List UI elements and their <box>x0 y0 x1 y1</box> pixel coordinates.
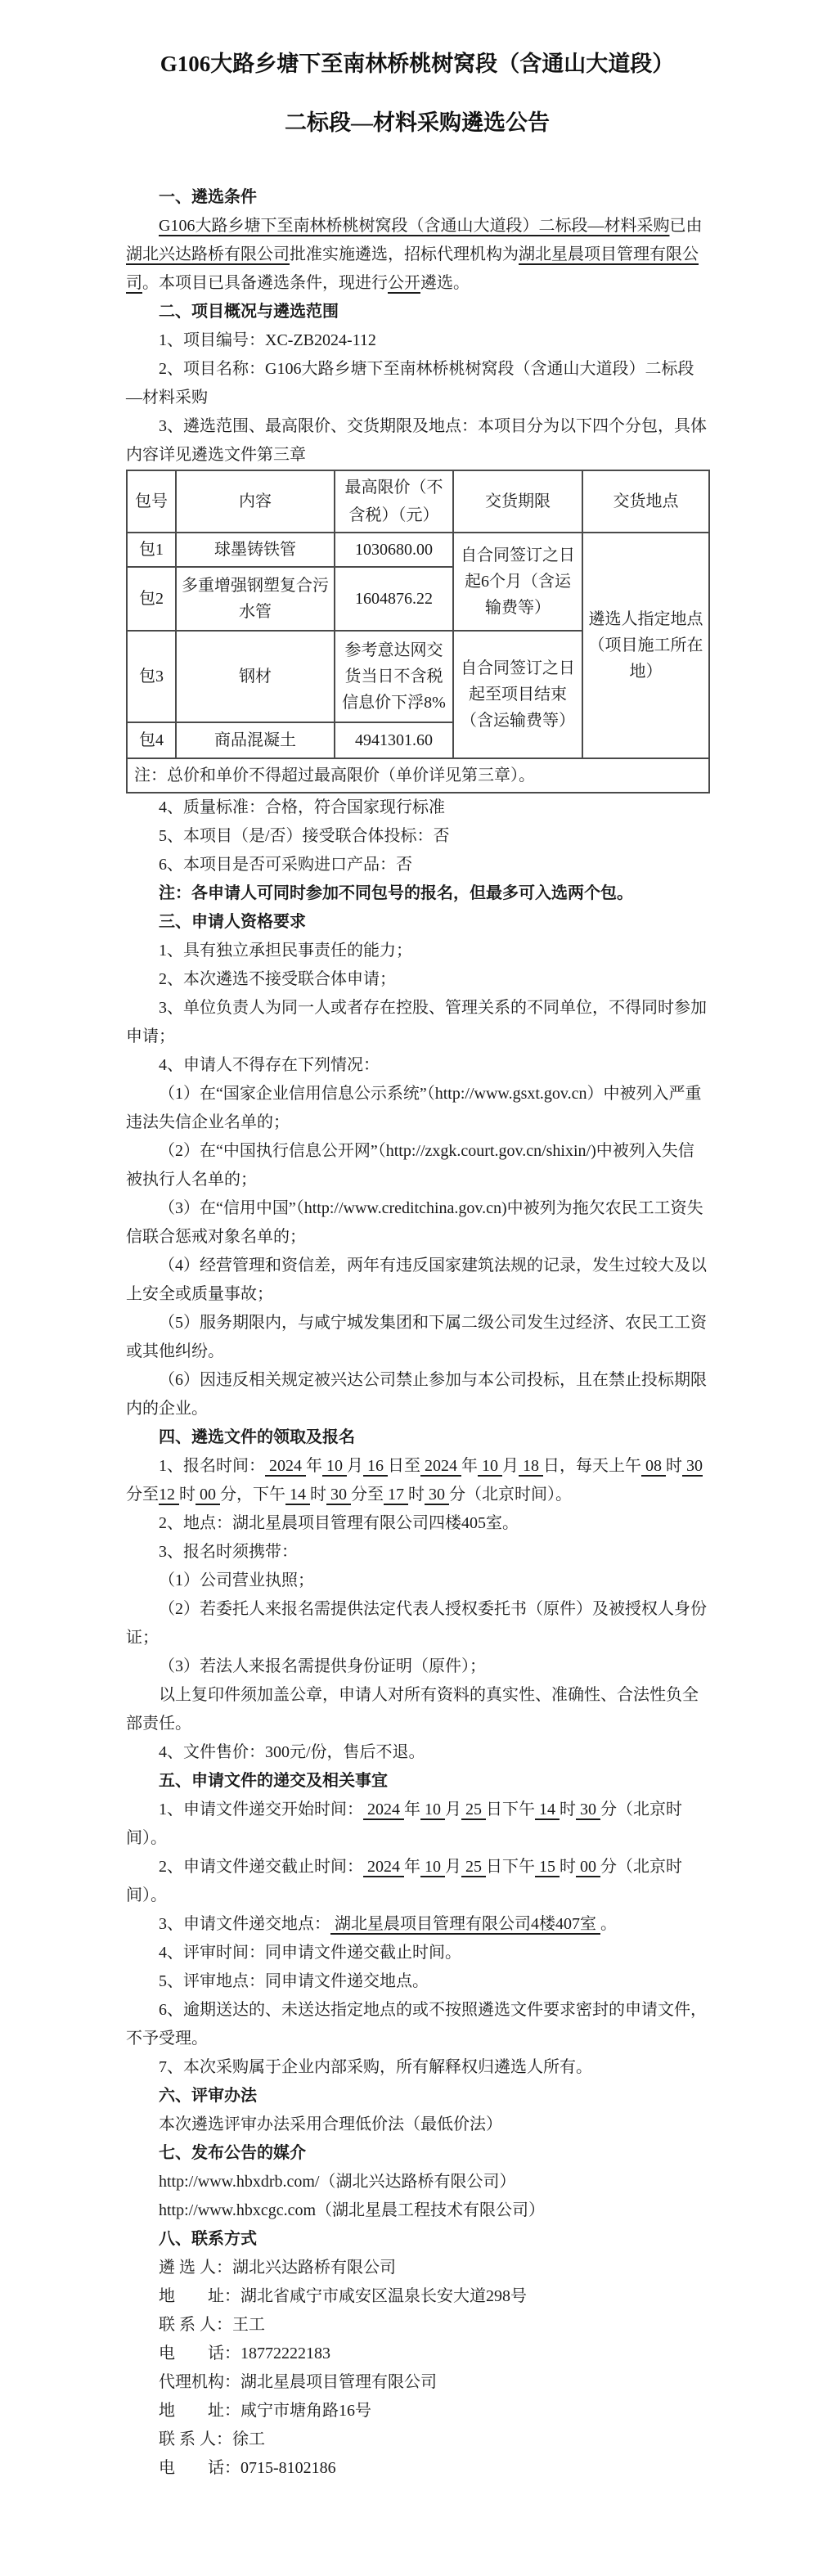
copies-note-line: 以上复印件须加盖公章，申请人对所有资料的真实性、准确性、合法性负全部责任。 <box>126 1681 708 1738</box>
table-note-row: 注：总价和单价不得超过最高限价（单价详见第三章）。 <box>127 758 709 793</box>
underlined-text: 30 <box>576 1801 600 1818</box>
underlined-text: 2024 <box>363 1858 404 1876</box>
underlined-text: 10 <box>478 1457 502 1475</box>
registration-place-line: 2、地点：湖北星晨项目管理有限公司四楼405室。 <box>126 1509 708 1538</box>
underlined-text: 18 <box>519 1457 543 1475</box>
header-package-no: 包号 <box>127 470 176 533</box>
section-1-paragraph: G106大路乡塘下至南林桥桃树窝段（含通山大道段）二标段—材料采购已由湖北兴达路… <box>126 212 708 298</box>
text-run: 日下午 <box>486 1801 535 1818</box>
underlined-text: 公开 <box>388 274 420 292</box>
underlined-text: 12 <box>159 1486 179 1504</box>
text-run: 3、申请文件递交地点： <box>159 1915 330 1933</box>
section-4-heading: 四、遴选文件的领取及报名 <box>126 1423 708 1452</box>
text-run: 时 <box>560 1858 576 1876</box>
underlined-text: 17 <box>384 1486 408 1504</box>
text-run: 年 <box>404 1801 420 1818</box>
text-run: 时 <box>560 1801 576 1818</box>
underlined-text: 25 <box>461 1801 486 1818</box>
cell-content: 球墨铸铁管 <box>176 533 335 567</box>
underlined-text: 25 <box>461 1858 486 1876</box>
cell-content: 商品混凝土 <box>176 722 335 758</box>
underlined-text: 湖北兴达路桥有限公司 <box>126 245 290 263</box>
section-5-heading: 五、申请文件的递交及相关事宜 <box>126 1767 708 1796</box>
qualification-subitem: （3）在“信用中国”（http://www.creditchina.gov.cn… <box>126 1194 708 1252</box>
text-run: 月 <box>445 1801 461 1818</box>
text-run: 时 <box>179 1486 196 1504</box>
text-run: 日下午 <box>486 1858 535 1876</box>
text-run: 时 <box>310 1486 326 1504</box>
section-7-heading: 七、发布公告的媒介 <box>126 2139 708 2168</box>
cell-delivery-place: 遴选人指定地点（项目施工所在地） <box>582 533 709 758</box>
text-run: 1、申请文件递交开始时间： <box>159 1801 363 1818</box>
cell-price: 1604876.22 <box>335 567 453 631</box>
project-name-line: 2、项目名称：G106大路乡塘下至南林桥桃树窝段（含通山大道段）二标段—材料采购 <box>126 355 708 412</box>
scope-line: 3、遴选范围、最高限价、交货期限及地点：本项目分为以下四个分包，具体内容详见遴选… <box>126 412 708 470</box>
document-price-line: 4、文件售价：300元/份，售后不退。 <box>126 1738 708 1767</box>
registration-subitem: （2）若委托人来报名需提供法定代表人授权委托书（原件）及被授权人身份证； <box>126 1595 708 1652</box>
text-run: 已由 <box>669 217 702 235</box>
media-url-line: http://www.hbxdrb.com/（湖北兴达路桥有限公司） <box>126 2168 708 2196</box>
cell-delivery-period-3-4: 自合同签订之日起至项目结束（含运输费等） <box>453 631 582 758</box>
title-line-2: 二标段—材料采购遴选公告 <box>126 93 708 152</box>
text-run: 遴选。 <box>420 274 470 292</box>
project-number-line: 1、项目编号：XC-ZB2024-112 <box>126 326 708 355</box>
submission-place-line: 3、申请文件递交地点： 湖北星晨项目管理有限公司4楼407室 。 <box>126 1910 708 1939</box>
text-run: 分至 <box>351 1486 384 1504</box>
cell-content: 钢材 <box>176 631 335 722</box>
underlined-text: 15 <box>535 1858 560 1876</box>
consortium-line: 5、本项目（是/否）接受联合体投标：否 <box>126 822 708 851</box>
text-run: 年 <box>461 1457 478 1475</box>
packages-table: 包号 内容 最高限价（不含税）（元） 交货期限 交货地点 包1 球墨铸铁管 10… <box>126 470 710 793</box>
underlined-text: G106大路乡塘下至南林桥桃树窝段（含通山大道段）二标段—材料采购 <box>159 217 669 235</box>
underlined-text: 16 <box>363 1457 388 1475</box>
registration-subitem: （3）若法人来报名需提供身份证明（原件）； <box>126 1652 708 1681</box>
review-place-line: 5、评审地点：同申请文件递交地点。 <box>126 1967 708 1996</box>
section-6-heading: 六、评审办法 <box>126 2082 708 2111</box>
cell-package-no: 包1 <box>127 533 176 567</box>
cell-price: 参考意达网交货当日不含税信息价下浮8% <box>335 631 453 722</box>
underlined-text: 00 <box>576 1858 600 1876</box>
registration-bring-line: 3、报名时须携带： <box>126 1538 708 1567</box>
text-run: 。 <box>600 1915 617 1933</box>
packages-note-line: 注：各申请人可同时参加不同包号的报名，但最多可入选两个包。 <box>126 879 708 908</box>
section-3-heading: 三、申请人资格要求 <box>126 908 708 937</box>
underlined-text: 30 <box>682 1457 703 1475</box>
qualification-item: 3、单位负责人为同一人或者存在控股、管理关系的不同单位，不得同时参加申请； <box>126 994 708 1051</box>
review-time-line: 4、评审时间：同申请文件递交截止时间。 <box>126 1939 708 1967</box>
underlined-text: 30 <box>326 1486 351 1504</box>
import-products-line: 6、本项目是否可采购进口产品：否 <box>126 851 708 879</box>
section-1-heading: 一、遴选条件 <box>126 183 708 212</box>
evaluation-method-line: 本次遴选评审办法采用合理低价法（最低价法） <box>126 2111 708 2139</box>
submission-start-line: 1、申请文件递交开始时间： 2024 年 10 月 25 日下午 14 时 30… <box>126 1796 708 1853</box>
cell-package-no: 包4 <box>127 722 176 758</box>
text-run: 年 <box>306 1457 322 1475</box>
media-url-line: http://www.hbxcgc.com（湖北星晨工程技术有限公司） <box>126 2196 708 2225</box>
text-run: 日至 <box>388 1457 420 1475</box>
registration-time-line: 1、报名时间： 2024 年 10 月 16 日至 2024 年 10 月 18… <box>126 1452 708 1509</box>
text-run: 月 <box>347 1457 363 1475</box>
text-run: 月 <box>445 1858 461 1876</box>
cell-package-no: 包3 <box>127 631 176 722</box>
text-run: 月 <box>502 1457 519 1475</box>
contact-agency-line: 代理机构：湖北星晨项目管理有限公司 <box>126 2368 708 2397</box>
underlined-text: 00 <box>196 1486 220 1504</box>
underlined-text: 08 <box>641 1457 666 1475</box>
document-page: G106大路乡塘下至南林桥桃树窝段（含通山大道段） 二标段—材料采购遴选公告 一… <box>0 0 818 2483</box>
cell-package-no: 包2 <box>127 567 176 631</box>
text-run: 年 <box>404 1858 420 1876</box>
qualification-subitem: （6）因违反相关规定被兴达公司禁止参加与本公司投标，且在禁止投标期限内的企业。 <box>126 1366 708 1423</box>
underlined-text: 14 <box>285 1486 310 1504</box>
text-run: 1、报名时间： <box>159 1457 265 1475</box>
underlined-text: 10 <box>322 1457 347 1475</box>
text-run: 日，每天上午 <box>543 1457 641 1475</box>
qualification-item: 4、申请人不得存在下列情况： <box>126 1051 708 1080</box>
qualification-item: 2、本次遴选不接受联合体申请； <box>126 965 708 994</box>
underlined-text: 2024 <box>363 1801 404 1818</box>
underlined-text: 30 <box>425 1486 449 1504</box>
text-run: 分（北京时间）。 <box>449 1486 572 1504</box>
cell-delivery-period-1-2: 自合同签订之日起6个月（含运输费等） <box>453 533 582 631</box>
text-run: 时 <box>666 1457 682 1475</box>
text-run: 。本项目已具备遴选条件，现进行 <box>142 274 388 292</box>
contact-person-line: 联 系 人：徐工 <box>126 2425 708 2454</box>
overdue-line: 6、逾期送达的、未送达指定地点的或不按照遴选文件要求密封的申请文件，不予受理。 <box>126 1996 708 2053</box>
text-run: 分至 <box>126 1486 159 1504</box>
underlined-text: 10 <box>420 1858 445 1876</box>
qualification-subitem: （1）在“国家企业信用信息公示系统”（http://www.gsxt.gov.c… <box>126 1080 708 1137</box>
contact-phone-line: 电 话：18772222183 <box>126 2340 708 2368</box>
header-delivery-place: 交货地点 <box>582 470 709 533</box>
table-row: 包1 球墨铸铁管 1030680.00 自合同签订之日起6个月（含运输费等） 遴… <box>127 533 709 567</box>
page-title: G106大路乡塘下至南林桥桃树窝段（含通山大道段） 二标段—材料采购遴选公告 <box>126 34 708 152</box>
cell-price: 4941301.60 <box>335 722 453 758</box>
contact-phone-line: 电 话：0715-8102186 <box>126 2454 708 2483</box>
contact-person-line: 联 系 人：王工 <box>126 2311 708 2340</box>
table-note: 注：总价和单价不得超过最高限价（单价详见第三章）。 <box>127 758 709 793</box>
underlined-text: 10 <box>420 1801 445 1818</box>
underlined-text: 湖北星晨项目管理有限公司4楼407室 <box>330 1915 600 1933</box>
contact-address-line: 地 址：咸宁市塘角路16号 <box>126 2397 708 2425</box>
qualification-item: 1、具有独立承担民事责任的能力； <box>126 937 708 965</box>
text-run: 批准实施遴选，招标代理机构为 <box>290 245 519 263</box>
cell-content: 多重增强钢塑复合污水管 <box>176 567 335 631</box>
underlined-text: 14 <box>535 1801 560 1818</box>
text-run: 时 <box>408 1486 425 1504</box>
title-line-1: G106大路乡塘下至南林桥桃树窝段（含通山大道段） <box>126 34 708 93</box>
qualification-subitem: （4）经营管理和资信差，两年有违反国家建筑法规的记录，发生过较大及以上安全或质量… <box>126 1252 708 1309</box>
qualification-subitem: （2）在“中国执行信息公开网”（http://zxgk.court.gov.cn… <box>126 1137 708 1194</box>
text-run: 2、申请文件递交截止时间： <box>159 1858 363 1876</box>
section-2-heading: 二、项目概况与遴选范围 <box>126 298 708 326</box>
table-header-row: 包号 内容 最高限价（不含税）（元） 交货期限 交货地点 <box>127 470 709 533</box>
header-max-price: 最高限价（不含税）（元） <box>335 470 453 533</box>
registration-subitem: （1）公司营业执照； <box>126 1567 708 1595</box>
submission-deadline-line: 2、申请文件递交截止时间： 2024 年 10 月 25 日下午 15 时 00… <box>126 1853 708 1910</box>
cell-price: 1030680.00 <box>335 533 453 567</box>
section-8-heading: 八、联系方式 <box>126 2225 708 2254</box>
underlined-text: 2024 <box>265 1457 306 1475</box>
underlined-text: 2024 <box>420 1457 461 1475</box>
contact-address-line: 地 址：湖北省咸宁市咸安区温泉长安大道298号 <box>126 2282 708 2311</box>
text-run: 分，下午 <box>220 1486 285 1504</box>
header-delivery-period: 交货期限 <box>453 470 582 533</box>
qualification-subitem: （5）服务期限内，与咸宁城发集团和下属二级公司发生过经济、农民工工资或其他纠纷。 <box>126 1309 708 1366</box>
quality-standard-line: 4、质量标准：合格，符合国家现行标准 <box>126 793 708 822</box>
contact-selector-line: 遴 选 人：湖北兴达路桥有限公司 <box>126 2254 708 2282</box>
header-content: 内容 <box>176 470 335 533</box>
internal-procurement-line: 7、本次采购属于企业内部采购，所有解释权归遴选人所有。 <box>126 2053 708 2082</box>
